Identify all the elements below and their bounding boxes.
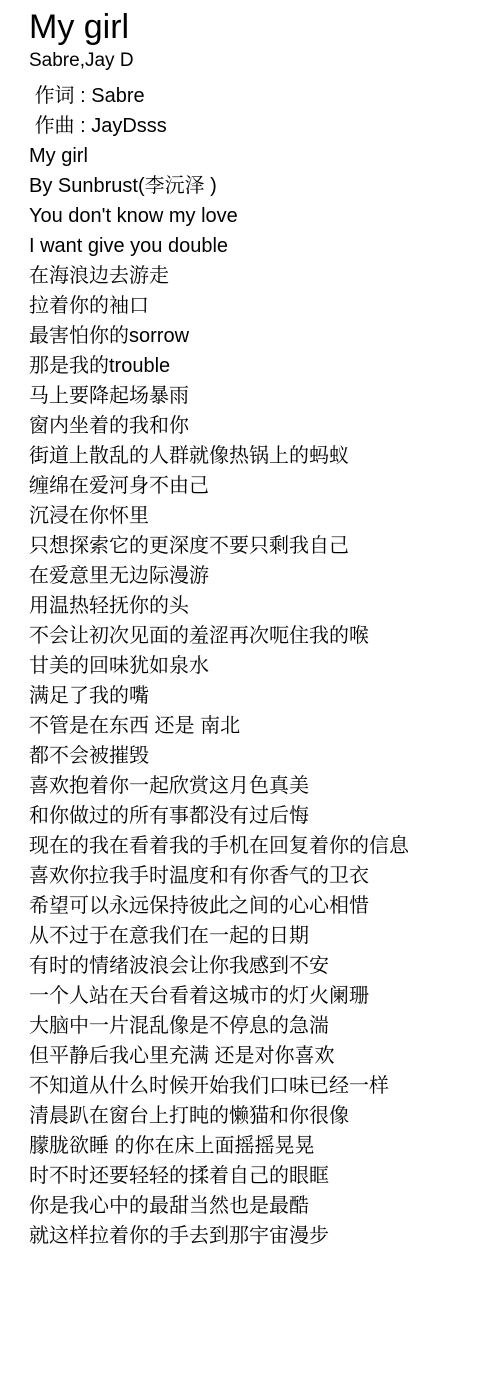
lyric-line: 在爱意里无边际漫游 bbox=[29, 561, 480, 591]
lyrics-body: 作词 : Sabre 作曲 : JayDsssMy girlBy Sunbrus… bbox=[29, 81, 480, 1251]
lyric-line: 马上要降起场暴雨 bbox=[29, 381, 480, 411]
lyric-line: 你是我心中的最甜当然也是最酷 bbox=[29, 1191, 480, 1221]
lyric-line: 那是我的trouble bbox=[29, 351, 480, 381]
lyric-line: My girl bbox=[29, 141, 480, 171]
lyric-line: 就这样拉着你的手去到那宇宙漫步 bbox=[29, 1221, 480, 1251]
lyric-line: 作词 : Sabre bbox=[29, 81, 480, 111]
page-title: My girl bbox=[29, 6, 480, 49]
lyric-line: 只想探索它的更深度不要只剩我自己 bbox=[29, 531, 480, 561]
lyric-line: I want give you double bbox=[29, 231, 480, 261]
lyrics-page: My girl Sabre,Jay D 作词 : Sabre 作曲 : JayD… bbox=[0, 0, 500, 1251]
lyric-line: You don't know my love bbox=[29, 201, 480, 231]
lyric-line: 大脑中一片混乱像是不停息的急湍 bbox=[29, 1011, 480, 1041]
lyric-line: 街道上散乱的人群就像热锅上的蚂蚁 bbox=[29, 441, 480, 471]
artists-line: Sabre,Jay D bbox=[29, 49, 480, 73]
lyric-line: 在海浪边去游走 bbox=[29, 261, 480, 291]
lyric-line: 缠绵在爱河身不由己 bbox=[29, 471, 480, 501]
lyric-line: 从不过于在意我们在一起的日期 bbox=[29, 921, 480, 951]
lyric-line: 和你做过的所有事都没有过后悔 bbox=[29, 801, 480, 831]
lyric-line: 沉浸在你怀里 bbox=[29, 501, 480, 531]
lyric-line: 有时的情绪波浪会让你我感到不安 bbox=[29, 951, 480, 981]
lyric-line: 时不时还要轻轻的揉着自己的眼眶 bbox=[29, 1161, 480, 1191]
lyric-line: 不管是在东西 还是 南北 bbox=[29, 711, 480, 741]
lyric-line: 朦胧欲睡 的你在床上面摇摇晃晃 bbox=[29, 1131, 480, 1161]
lyric-line: 窗内坐着的我和你 bbox=[29, 411, 480, 441]
lyric-line: 喜欢你拉我手时温度和有你香气的卫衣 bbox=[29, 861, 480, 891]
lyric-line: 但平静后我心里充满 还是对你喜欢 bbox=[29, 1041, 480, 1071]
lyric-line: 用温热轻抚你的头 bbox=[29, 591, 480, 621]
lyric-line: 作曲 : JayDsss bbox=[29, 111, 480, 141]
lyric-line: 清晨趴在窗台上打盹的懒猫和你很像 bbox=[29, 1101, 480, 1131]
lyric-line: 不知道从什么时候开始我们口味已经一样 bbox=[29, 1071, 480, 1101]
lyric-line: 希望可以永远保持彼此之间的心心相惜 bbox=[29, 891, 480, 921]
lyric-line: By Sunbrust(李沅泽 ) bbox=[29, 171, 480, 201]
lyric-line: 拉着你的袖口 bbox=[29, 291, 480, 321]
lyric-line: 一个人站在天台看着这城市的灯火阑珊 bbox=[29, 981, 480, 1011]
lyric-line: 不会让初次见面的羞涩再次呃住我的喉 bbox=[29, 621, 480, 651]
lyric-line: 最害怕你的sorrow bbox=[29, 321, 480, 351]
lyric-line: 满足了我的嘴 bbox=[29, 681, 480, 711]
lyric-line: 甘美的回味犹如泉水 bbox=[29, 651, 480, 681]
lyric-line: 喜欢抱着你一起欣赏这月色真美 bbox=[29, 771, 480, 801]
lyric-line: 都不会被摧毁 bbox=[29, 741, 480, 771]
lyric-line: 现在的我在看着我的手机在回复着你的信息 bbox=[29, 831, 480, 861]
